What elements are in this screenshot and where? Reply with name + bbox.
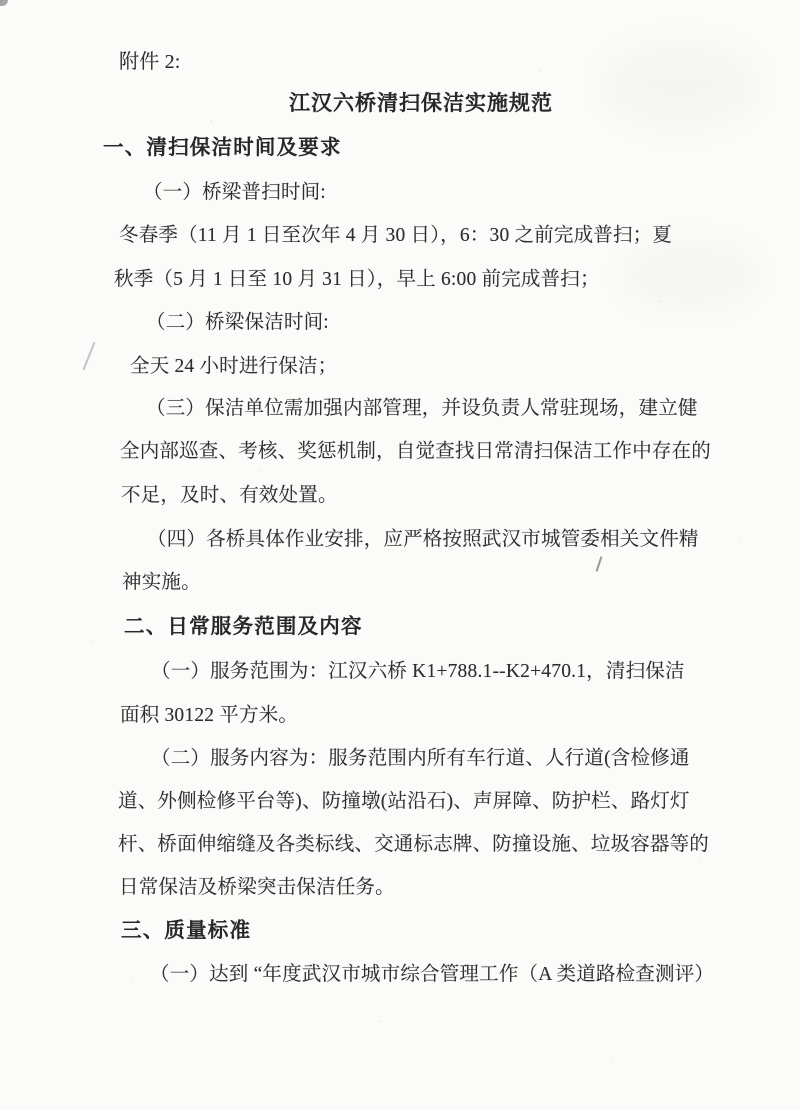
scan-smudge [620, 240, 760, 310]
scanned-document-page: 附件 2:江汉六桥清扫保洁实施规范一、清扫保洁时间及要求（一）桥梁普扫时间:冬春… [0, 0, 800, 1110]
para-service-content-3: 杆、桥面伸缩缝及各类标线、交通标志牌、防撞设施、垃圾容器等的 [118, 834, 709, 856]
pen-tick-artifact [596, 556, 603, 572]
document-title: 江汉六桥清扫保洁实施规范 [289, 91, 553, 115]
para-internal-mgmt-2: 全内部巡查、考核、奖惩机制，自觉查找日常清扫保洁工作中存在的 [120, 441, 711, 463]
section-3-heading: 三、质量标准 [121, 920, 251, 944]
para-internal-mgmt-3: 不足，及时、有效处置。 [121, 485, 338, 507]
para-work-arrangement-2: 神实施。 [122, 572, 201, 594]
left-margin-scratch-artifact [82, 342, 95, 370]
section-2-heading: 二、日常服务范围及内容 [124, 616, 363, 640]
scan-smudge [600, 40, 760, 130]
para-service-scope-2: 面积 30122 平方米。 [120, 705, 298, 727]
para-internal-mgmt-1: （三）保洁单位需加强内部管理，并设负责人常驻现场，建立健 [146, 398, 698, 420]
para-bridge-cleaning-time: （二）桥梁保洁时间: [146, 312, 329, 334]
section-1-heading: 一、清扫保洁时间及要求 [103, 137, 342, 161]
para-service-content-1: （二）服务内容为：服务范围内所有车行道、人行道(含检修通 [151, 748, 690, 770]
attachment-label: 附件 2: [119, 51, 181, 74]
para-work-arrangement-1: （四）各桥具体作业安排，应严格按照武汉市城管委相关文件精 [147, 529, 699, 551]
para-summer-autumn-schedule: 秋季（5 月 1 日至 10 月 31 日），早上 6:00 前完成普扫； [114, 269, 600, 291]
para-service-content-2: 道、外侧检修平台等)、防撞墩(站沿石)、声屏障、防护栏、路灯灯 [118, 791, 690, 813]
para-quality-standard-1: （一）达到 “年度武汉市城市综合管理工作（A 类道路检查测评） [150, 964, 714, 986]
para-service-content-4: 日常保洁及桥梁突击保洁任务。 [119, 877, 395, 899]
para-winter-spring-schedule: 冬春季（11 月 1 日至次年 4 月 30 日），6：30 之前完成普扫；夏 [119, 225, 672, 247]
para-service-scope-1: （一）服务范围为：江汉六桥 K1+788.1--K2+470.1，清扫保洁 [151, 661, 685, 683]
para-allday-cleaning: 全天 24 小时进行保洁； [130, 356, 337, 378]
para-bridge-sweep-time: （一）桥梁普扫时间: [143, 182, 326, 204]
corner-speck-artifact [0, 0, 8, 6]
